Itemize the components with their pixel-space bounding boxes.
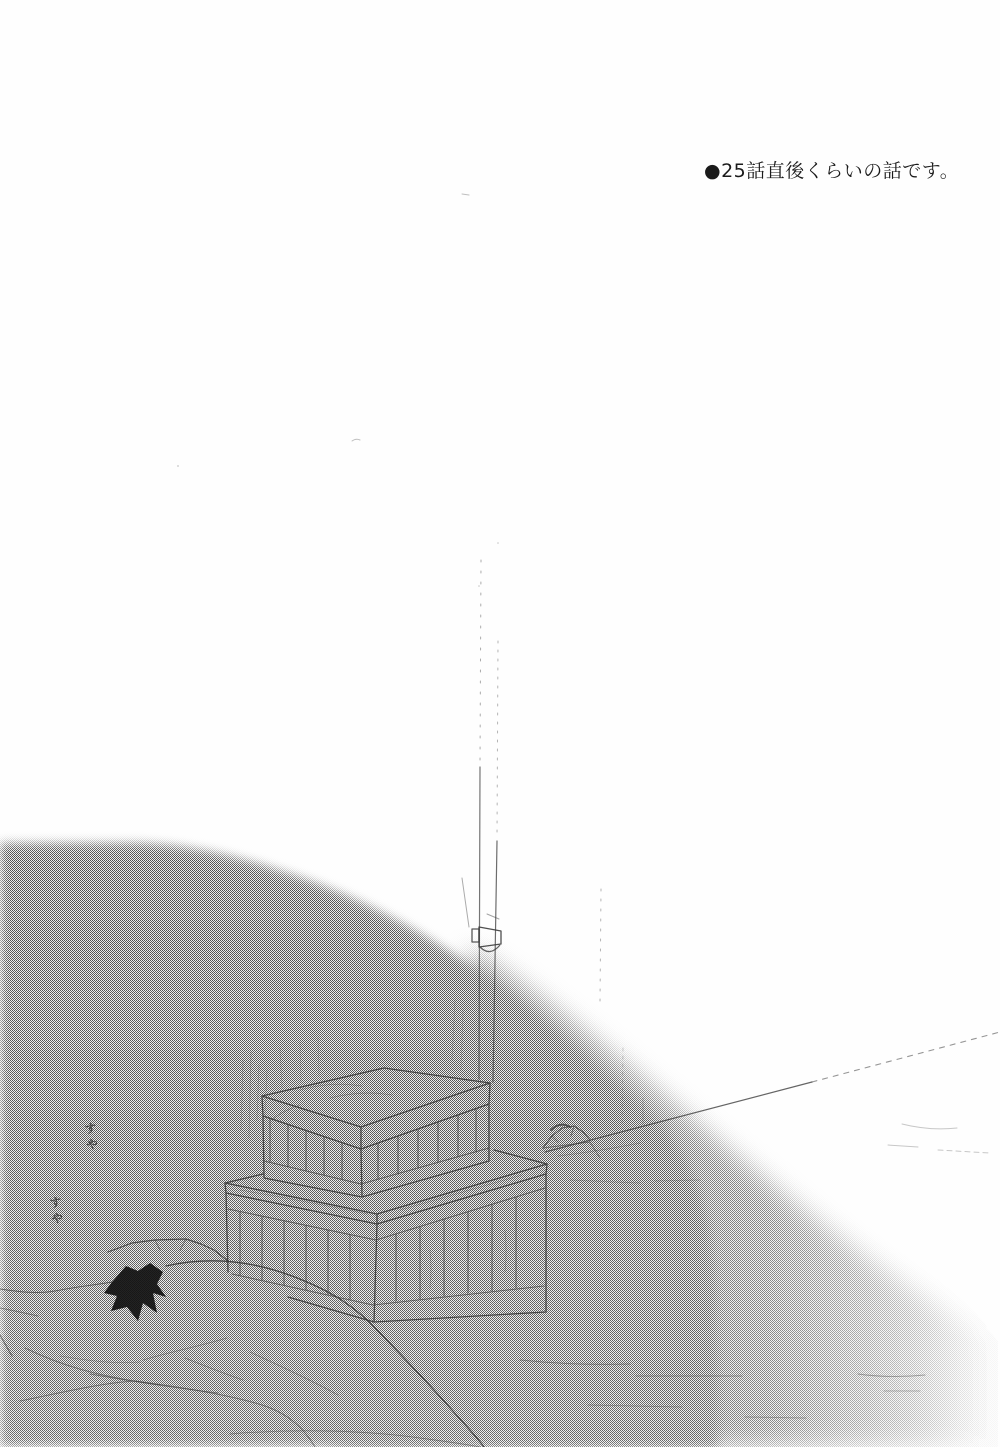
halftone-tone: [0, 0, 1000, 1447]
illustration: [0, 0, 1000, 1447]
sound-effect-suya-1: すや: [81, 1121, 101, 1155]
page-sheet: ●25話直後くらいの話です。 すや すや: [0, 0, 1000, 1447]
sound-effect-suya-2: すや: [46, 1195, 66, 1229]
caption-text: ●25話直後くらいの話です。: [704, 160, 959, 184]
